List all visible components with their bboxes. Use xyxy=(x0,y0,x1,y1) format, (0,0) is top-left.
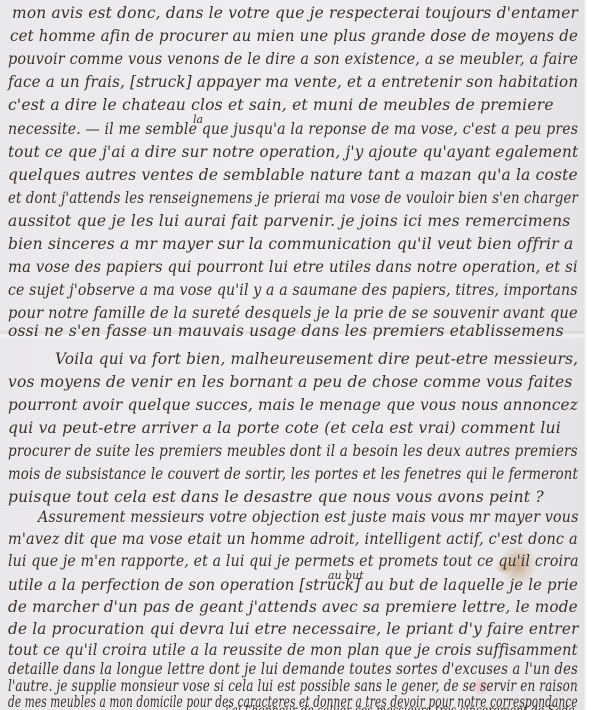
letter-line: de la procuration qui devra lui etre nec… xyxy=(8,620,579,638)
letter-line: bien sinceres a mr mayer sur la communic… xyxy=(8,235,573,253)
letter-line: et dont j'attends les renseignemens je p… xyxy=(8,189,578,207)
letter-line: pour notre famille de la sureté desquels… xyxy=(8,304,578,322)
letter-line: tout ce que j'ai a dire sur notre operat… xyxy=(8,143,578,161)
letter-line: ossi ne s'en fasse un mauvais usage dans… xyxy=(8,322,564,340)
letter-line: face a un frais, [struck] appayer ma ven… xyxy=(8,73,578,91)
letter-line: m'avez dit que ma vose etait un homme ad… xyxy=(8,530,578,548)
letter-line: mon avis est donc, dans le votre que je … xyxy=(12,4,578,22)
letter-line: utile a la perfection de son operation [… xyxy=(8,576,578,594)
letter-line: tout ce qu'il croira utile a la reussite… xyxy=(8,641,578,659)
manuscript-page: mon avis est donc, dans le votre que je … xyxy=(0,0,584,710)
letter-line: cet homme afin de procurer au mien une p… xyxy=(10,27,578,45)
letter-line: quelques autres ventes de semblable natu… xyxy=(8,166,578,184)
letter-line: qui va peut-etre arriver a la porte cote… xyxy=(8,419,561,437)
letter-line: Assurement messieurs votre objection est… xyxy=(38,508,579,526)
letter-line: necessite. — il me semble que jusqu'a la… xyxy=(8,120,578,138)
letter-line: pourront avoir quelque succes, mais le m… xyxy=(8,396,578,414)
letter-line: de marcher d'un pas de geant j'attends a… xyxy=(8,598,578,616)
letter-line: aussitot que je les lui aurai fait parve… xyxy=(8,212,570,230)
letter-closing-signature: j'ai l'honneur de saluer ces messieurs t… xyxy=(225,703,578,710)
letter-line: vos moyens de venir en les bornant a peu… xyxy=(8,373,573,391)
letter-line: ce sujet j'observe a ma vose qu'il y a a… xyxy=(8,281,578,299)
letter-line: lui que je m'en rapporte, et a lui qui j… xyxy=(8,552,579,570)
letter-line: pouvoir comme vous venons de le dire a s… xyxy=(8,50,578,68)
letter-line: ma vose des papiers qui pourront lui etr… xyxy=(8,258,578,276)
letter-body: mon avis est donc, dans le votre que je … xyxy=(0,0,584,710)
letter-line: Voila qui va fort bien, malheureusement … xyxy=(55,350,578,368)
letter-line: detaille dans la longue lettre dont je l… xyxy=(8,660,578,678)
letter-line: procurer de suite les premiers meubles d… xyxy=(8,442,578,460)
letter-line: c'est a dire le chateau clos et sain, et… xyxy=(8,96,554,114)
letter-line: mois de subsistance le couvert de sortir… xyxy=(8,465,578,483)
letter-line: puisque tout cela est dans le desastre q… xyxy=(8,488,544,506)
